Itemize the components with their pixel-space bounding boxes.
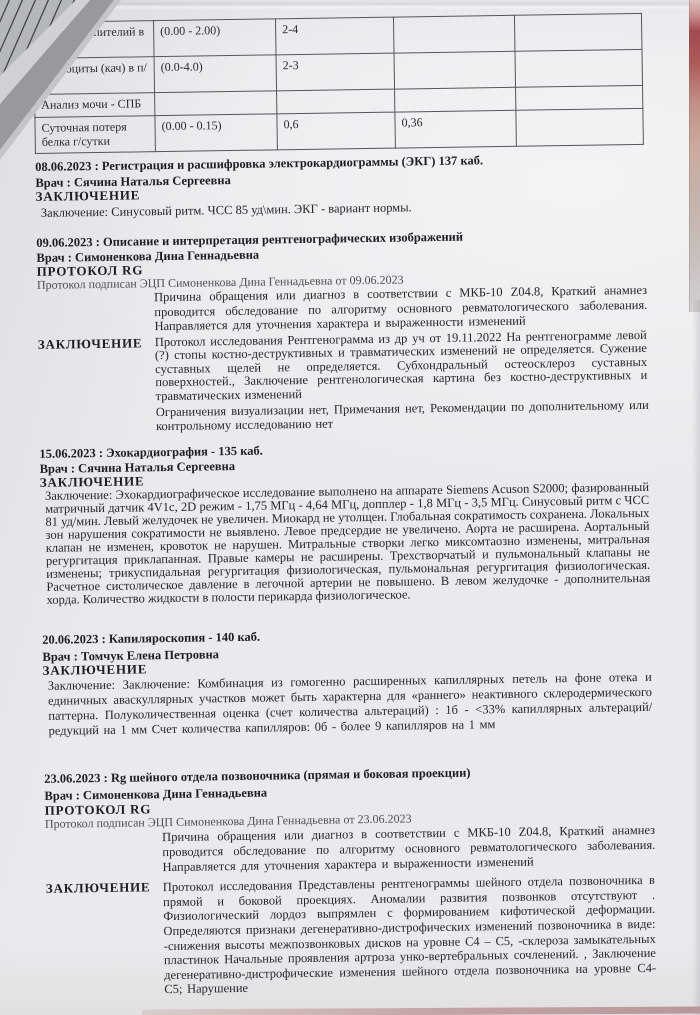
ref-range-cell: (0.00 - 2.00): [153, 19, 276, 57]
lab-results-table: Плоский эпителий в п/зр (0.00 - 2.00) 2-…: [33, 13, 644, 154]
photographed-medical-document: Плоский эпителий в п/зр (0.00 - 2.00) 2-…: [0, 0, 700, 1015]
ref-range-cell: (0.00 - 0.15): [155, 114, 278, 152]
value-cell: [277, 89, 395, 114]
cause-text: Причина обращения или диагноз в соответс…: [162, 823, 656, 875]
section-echo: 15.06.2023 : Эхокардиография - 135 каб. …: [39, 438, 650, 607]
table-row: Суточная потеря белка г/сутки (0.00 - 0.…: [35, 108, 643, 153]
cause-text: Причина обращения или диагноз в соответс…: [154, 283, 648, 334]
paper-crease: [0, 0, 700, 10]
value-cell: [394, 51, 516, 89]
section-capillaroscopy: 20.06.2023 : Капиляроскопия - 140 каб. В…: [42, 624, 653, 739]
section-ecg: 08.06.2023 : Регистрация и расшифровка э…: [35, 151, 645, 220]
conclusion-text: Заключение: Заключение: Комбинация из го…: [43, 670, 653, 739]
paper-crease: [0, 0, 700, 10]
conclusion-text: Заключение: Эхокардиографическое исследо…: [40, 481, 651, 607]
conclusion-label: ЗАКЛЮЧЕНИЕ: [46, 880, 163, 896]
value-cell: [515, 49, 643, 87]
ref-range-cell: (0.0-4.0): [154, 55, 277, 93]
conclusion-block: ЗАКЛЮЧЕНИЕ Протокол исследования Предста…: [46, 873, 657, 999]
paper-right-edge-shadow: [692, 300, 700, 1015]
param-cell: Суточная потеря белка г/сутки: [35, 116, 156, 154]
page-content: Плоский эпителий в п/зр (0.00 - 2.00) 2-…: [30, 13, 656, 999]
value-cell: [516, 108, 644, 146]
value-cell: 0,6: [277, 112, 396, 150]
red-folder-edge: [689, 0, 700, 312]
section-rg-0906: 09.06.2023 : Описание и интерпретация ре…: [36, 227, 648, 435]
table-surface-edge: [142, 1007, 700, 1015]
value-cell: [393, 15, 515, 53]
param-cell: Анализ мочи - СПБ: [35, 93, 155, 118]
param-cell: Плоский эпителий в п/зр: [34, 21, 155, 59]
value-cell: 2-4: [275, 17, 394, 55]
conclusion-text: Протокол исследования Представлены рентг…: [163, 873, 657, 997]
value-cell: [395, 87, 516, 112]
notes-text: Ограничения визуализации нет, Примечания…: [156, 399, 649, 433]
section-rg-2306: 23.06.2023 : Rg шейного отдела позвоночн…: [44, 763, 656, 999]
value-cell: 0,36: [395, 110, 517, 148]
ref-range-cell: [155, 91, 277, 116]
conclusion-block: ЗАКЛЮЧЕНИЕ Протокол исследования Рентген…: [38, 329, 648, 406]
value-cell: [516, 85, 643, 110]
param-cell: Лейкоциты (кач) в п/зр: [34, 57, 155, 95]
conclusion-text: Протокол исследования Рентгенограмма из …: [155, 329, 648, 404]
conclusion-label: ЗАКЛЮЧЕНИЕ: [38, 336, 155, 352]
value-cell: [514, 13, 642, 51]
value-cell: 2-3: [276, 53, 395, 91]
